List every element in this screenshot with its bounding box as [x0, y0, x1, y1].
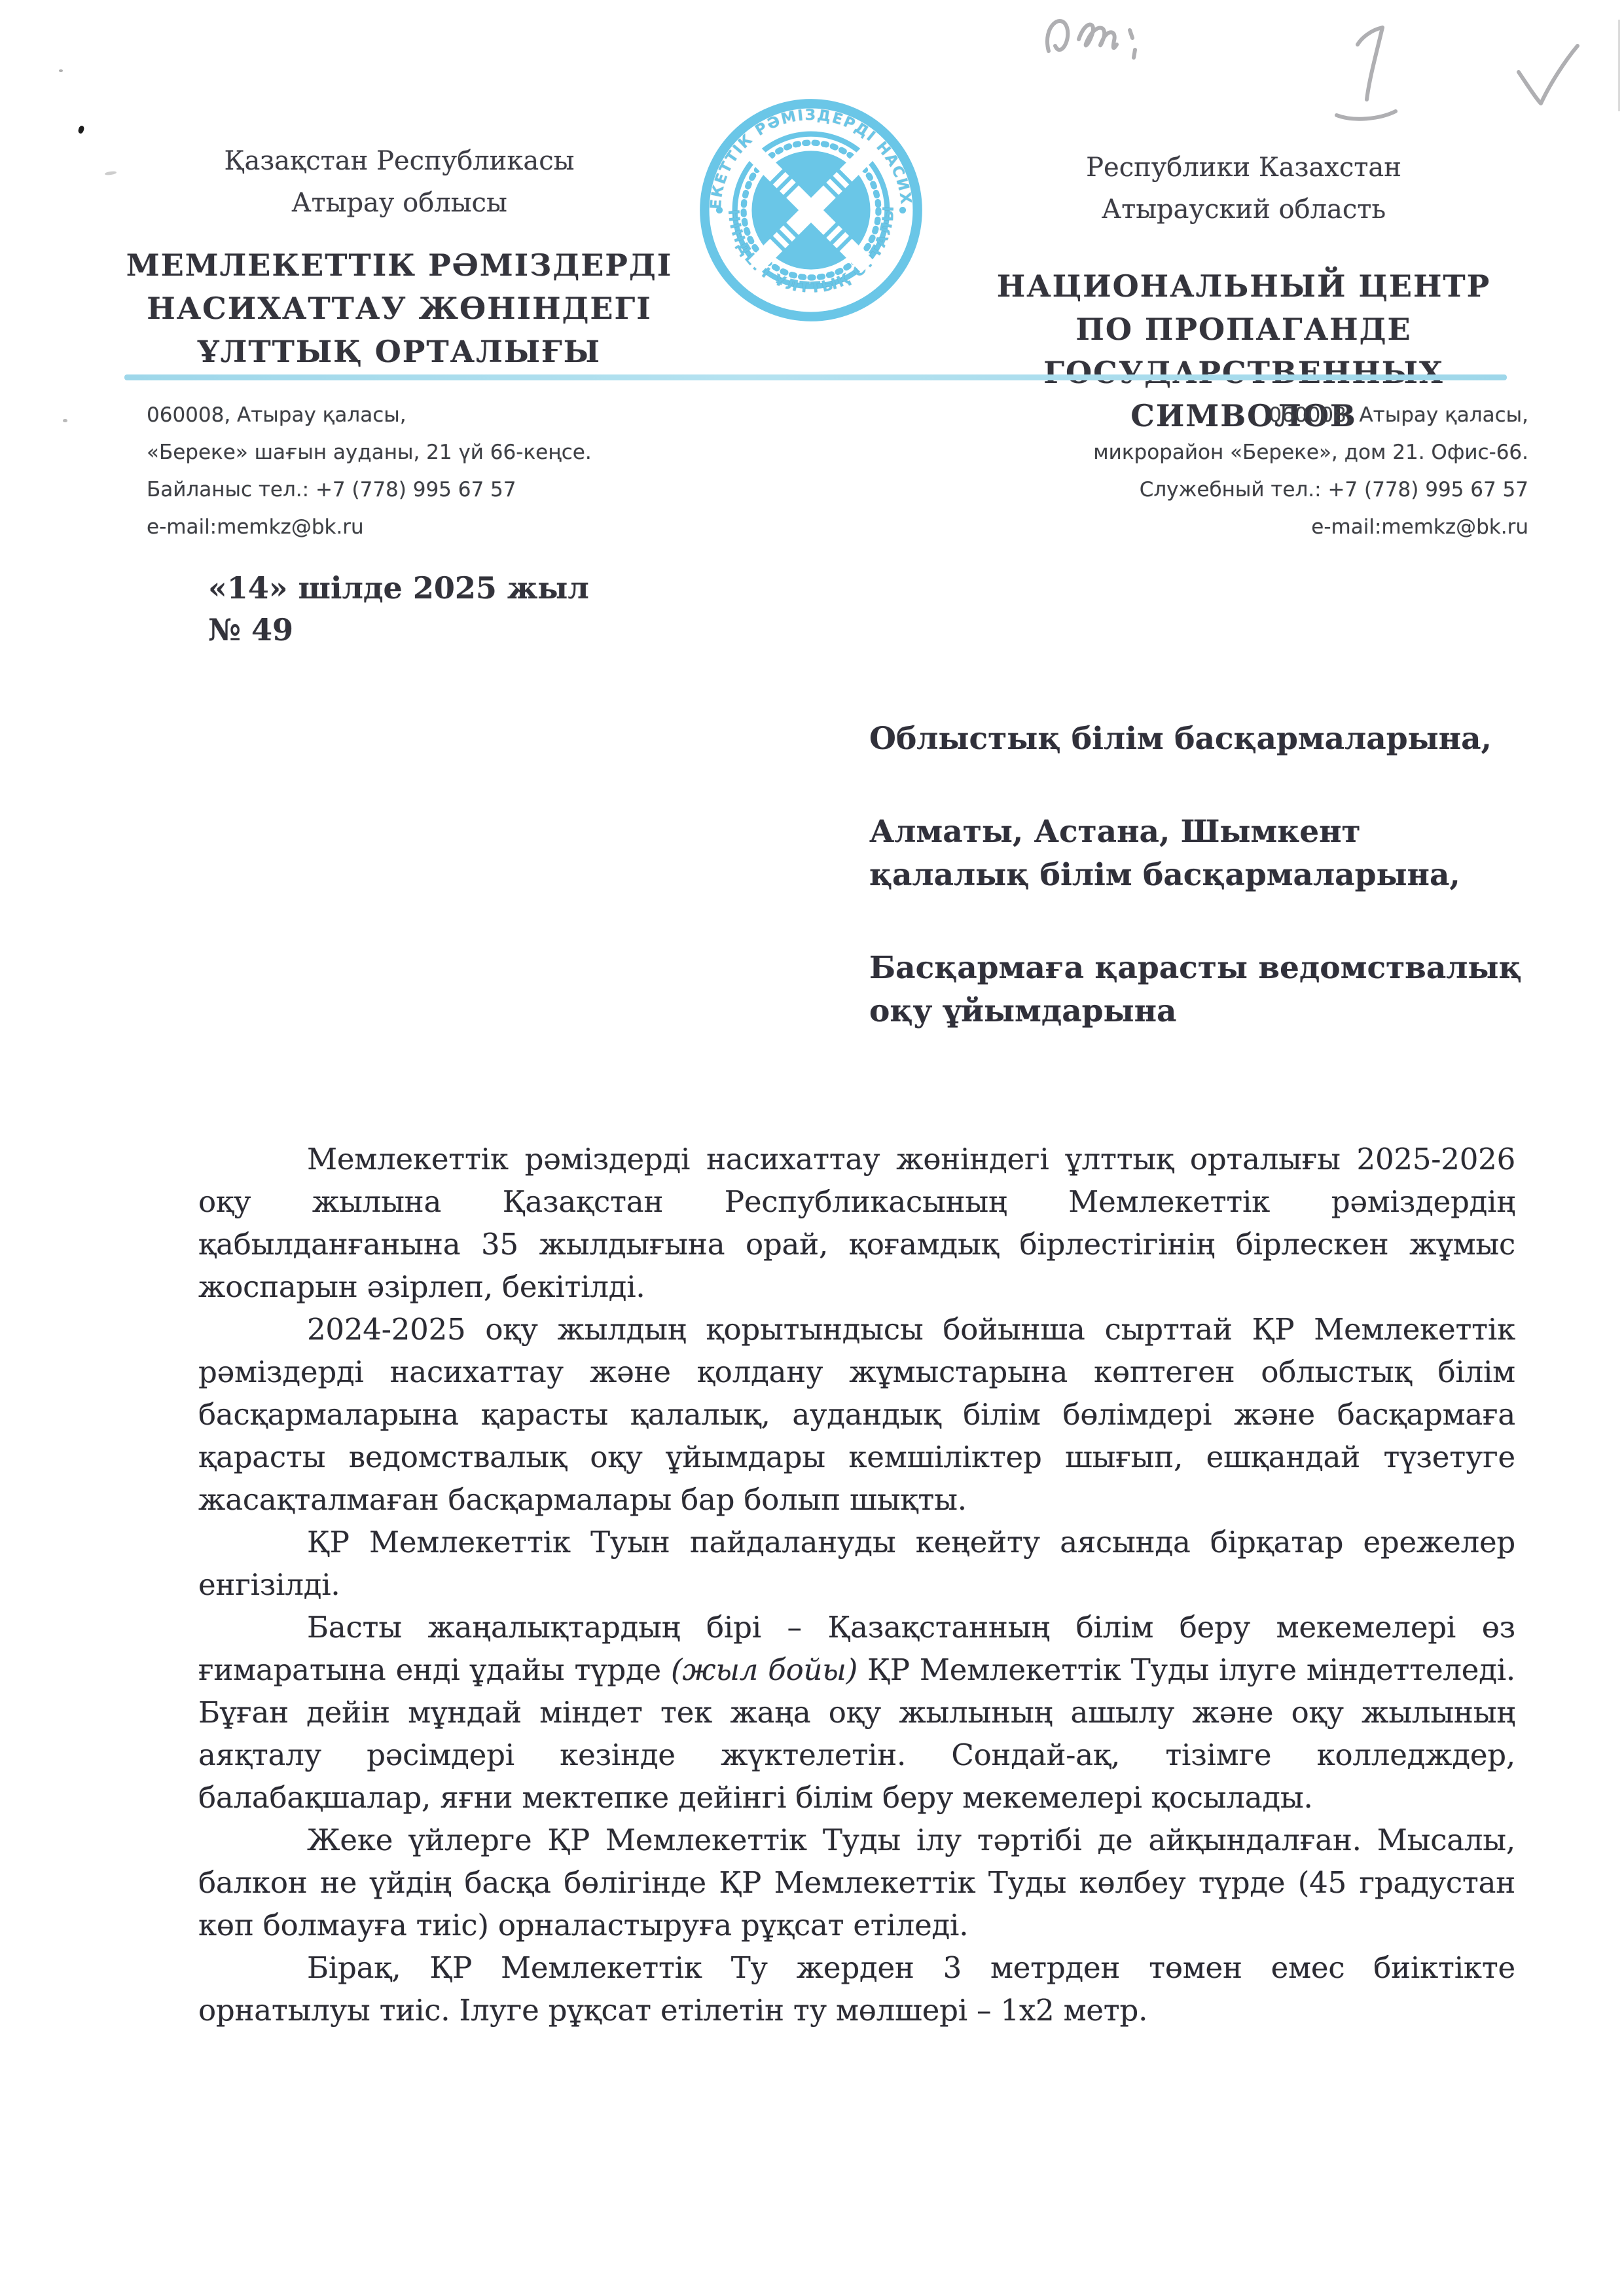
org-stamp: МЕМЛЕКЕТТІК РӘМІЗДЕРДІ НАСИХАТТАУ ЖӨНІНД… [696, 96, 926, 325]
pencil-scribble [1047, 21, 1135, 58]
org-name-ru-line1: НАЦИОНАЛЬНЫЙ ЦЕНТР [929, 264, 1558, 308]
org-country-ru: Республики Казахстан [929, 147, 1558, 189]
stamp-seal-icon: МЕМЛЕКЕТТІК РӘМІЗДЕРДІ НАСИХАТТАУ ЖӨНІНД… [696, 96, 926, 325]
body-paragraph: Басты жаңалықтардың бірі – Қазақстанның … [198, 1606, 1515, 1819]
org-region-kk: Атырау облысы [98, 182, 700, 224]
letter-number: № 49 [208, 609, 589, 651]
contact-email-line: e-mail:memkz@bk.ru [147, 509, 736, 546]
scan-speck [63, 419, 67, 422]
body-text-italic-segment: (жыл бойы) [671, 1652, 857, 1687]
body-paragraph: Жеке үйлерге ҚР Мемлекеттік Туды ілу тәр… [198, 1819, 1515, 1946]
recipient-line: қалалық білім басқармаларына, [869, 854, 1563, 897]
recipient-line: Облыстық білім басқармаларына, [869, 718, 1563, 761]
scan-speck [59, 69, 63, 72]
contact-address-line: микрорайон «Береке», дом 21. Офис-66. [943, 434, 1528, 471]
recipient-line: Алматы, Астана, Шымкент [869, 811, 1563, 854]
stamp-center-motif [751, 151, 870, 269]
body-paragraph: Мемлекеттік рәміздерді насихаттау жөнінд… [198, 1138, 1515, 1308]
contact-block-russian: 060008, Атырау қаласы, микрорайон «Берек… [943, 397, 1528, 546]
contact-address-line: «Береке» шағын ауданы, 21 үй 66-кеңсе. [147, 434, 736, 471]
contact-email-line: e-mail:memkz@bk.ru [943, 509, 1528, 546]
org-name-kk: МЕМЛЕКЕТТІК РӘМІЗДЕРДІ НАСИХАТТАУ ЖӨНІНД… [98, 244, 700, 373]
contact-address-line: 060008, Атырау қаласы, [147, 397, 736, 434]
org-name-ru-line2: ПО ПРОПАГАНДЕ [929, 308, 1558, 351]
header-divider [124, 374, 1507, 380]
letter-body: Мемлекеттік рәміздерді насихаттау жөнінд… [198, 1138, 1515, 2032]
org-name-kk-line3: ҰЛТТЫҚ ОРТАЛЫҒЫ [98, 330, 700, 373]
org-block-kazakh: Қазақстан Республикасы Атырау облысы МЕМ… [98, 140, 700, 373]
contact-block-kazakh: 060008, Атырау қаласы, «Береке» шағын ау… [147, 397, 736, 546]
org-block-russian: Республики Казахстан Атырауский область … [929, 147, 1558, 437]
org-country-kk: Қазақстан Республикасы [98, 140, 700, 182]
body-paragraph: Бірақ, ҚР Мемлекеттік Ту жерден 3 метрде… [198, 1946, 1515, 2032]
recipients-block: Облыстық білім басқармаларына, Алматы, А… [869, 718, 1563, 1033]
org-region-ru: Атырауский область [929, 189, 1558, 230]
org-name-kk-line2: НАСИХАТТАУ ЖӨНІНДЕГІ [98, 287, 700, 330]
letter-date: «14» шілде 2025 жыл [208, 567, 589, 609]
contact-phone-line: Байланыс тел.: +7 (778) 995 67 57 [147, 471, 736, 509]
org-name-kk-line1: МЕМЛЕКЕТТІК РӘМІЗДЕРДІ [98, 244, 700, 287]
contact-address-line: 060008, Атырау қаласы, [943, 397, 1528, 434]
checkmark [1519, 46, 1578, 103]
letter-page: Қазақстан Республикасы Атырау облысы МЕМ… [0, 0, 1624, 2296]
recipient-line: оқу ұйымдарына [869, 990, 1563, 1033]
page-number-mark [1337, 27, 1396, 119]
letter-meta: «14» шілде 2025 жыл № 49 [208, 567, 589, 651]
body-paragraph: ҚР Мемлекеттік Туын пайдалануды кеңейту … [198, 1521, 1515, 1606]
scan-edge-artifact [1618, 20, 1620, 111]
contact-phone-line: Служебный тел.: +7 (778) 995 67 57 [943, 471, 1528, 509]
recipient-line: Басқармаға қарасты ведомствалық [869, 947, 1563, 990]
body-paragraph: 2024-2025 оқу жылдың қорытындысы бойынша… [198, 1308, 1515, 1521]
